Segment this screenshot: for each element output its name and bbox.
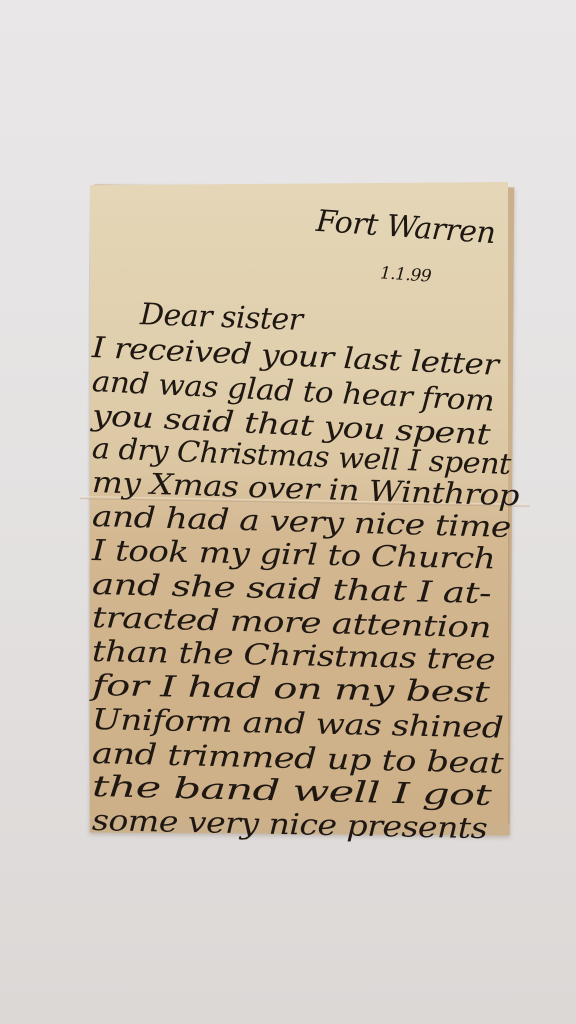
letter-salutation: Dear sister	[139, 297, 303, 338]
letter-date: 1.1.99	[379, 263, 431, 287]
letter-line: some very nice presents	[92, 803, 488, 845]
